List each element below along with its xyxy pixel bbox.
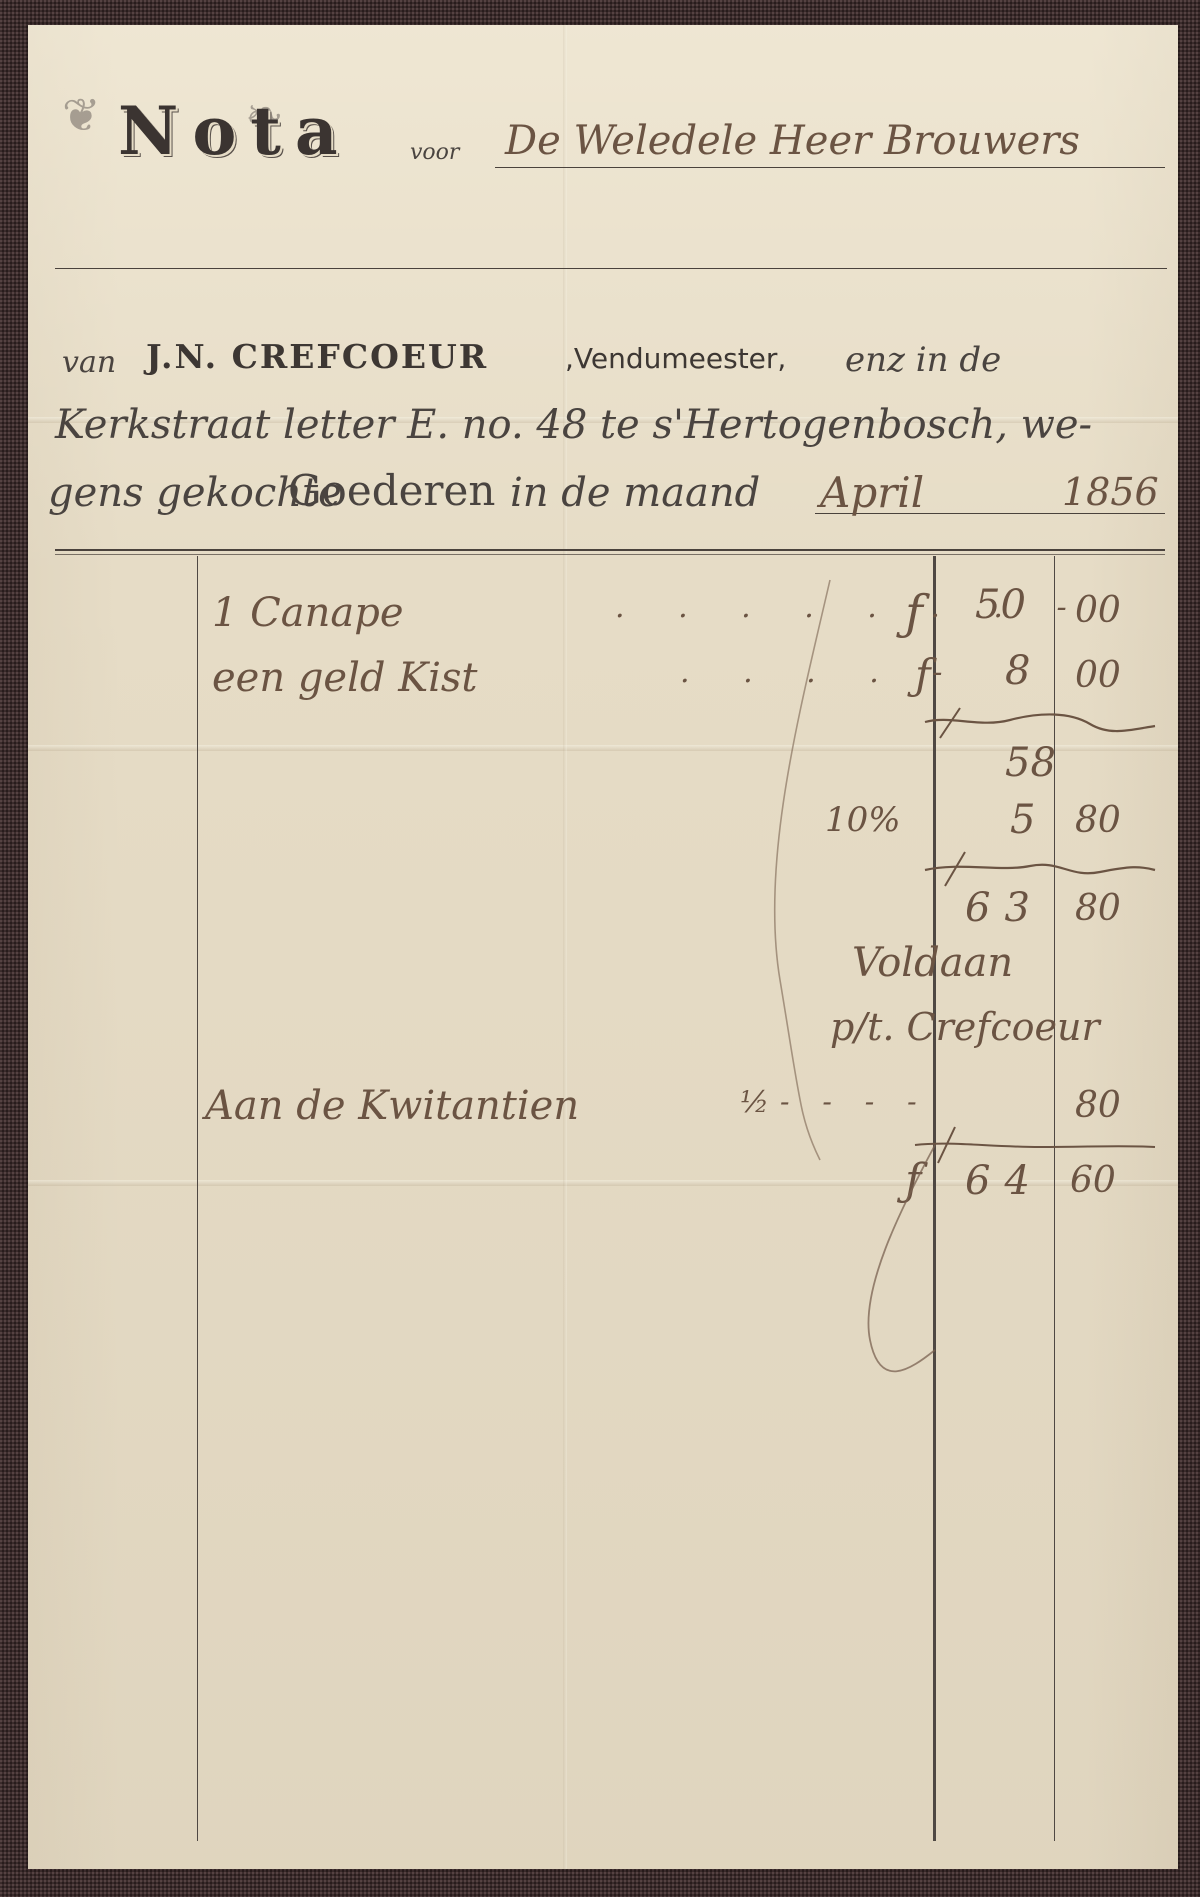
heading-nota: Nota — [118, 92, 352, 170]
extra-cents: 80 — [1075, 1085, 1121, 1126]
running-total-guilders: 63 — [965, 885, 1044, 931]
firm-title: ,Vendumeester, — [565, 342, 786, 375]
grand-total-cents: 60 — [1070, 1160, 1116, 1201]
item-description: 1 Canape — [212, 590, 404, 636]
fold-crease-vertical — [563, 25, 567, 1869]
flourish-left-icon: ❦ — [62, 88, 101, 142]
closing-flourish — [840, 1140, 950, 1380]
firm-name: J.N. CREFCOEUR — [146, 337, 488, 376]
commission-guilders: 5 — [1010, 797, 1035, 843]
paid-note: Voldaan — [852, 940, 1013, 986]
subtotal-guilders: 58 — [1005, 740, 1056, 786]
guilder-sign-icon: ƒ — [915, 650, 931, 699]
header-line1-tail: enz in de — [845, 340, 1001, 380]
extra-description: Aan de Kwitantien — [205, 1083, 579, 1129]
signature: p/t. Crefcoeur — [830, 1005, 1100, 1049]
year-value: 1856 — [1062, 470, 1159, 514]
grand-total-guilders: 64 — [965, 1158, 1044, 1204]
running-total-cents: 80 — [1075, 888, 1121, 929]
item-cents: 00 — [1075, 590, 1121, 631]
extra-leader: - - - - — [780, 1085, 929, 1118]
header-rule — [55, 268, 1167, 269]
extra-fraction: ½ — [740, 1085, 769, 1120]
table-top-rule-1 — [55, 549, 1165, 551]
sum-line-squiggle — [920, 848, 1160, 888]
recipient-underline — [495, 167, 1165, 168]
description-column-line — [197, 556, 198, 1841]
guilder-sign-icon: ƒ — [905, 585, 923, 641]
voor-label: voor — [410, 140, 459, 165]
table-top-rule-2 — [55, 554, 1165, 555]
commission-cents: 80 — [1075, 800, 1121, 841]
sum-line-squiggle — [920, 700, 1160, 740]
recipient-name: De Weledele Heer Brouwers — [505, 118, 1080, 164]
address-line: Kerkstraat letter E. no. 48 te s'Hertoge… — [55, 402, 1092, 448]
month-value: April — [820, 468, 924, 517]
item-description: een geld Kist — [212, 655, 478, 701]
item-guilders: 8 — [1005, 648, 1030, 694]
item-cents: 00 — [1075, 655, 1121, 696]
header-line3-goods: Goederen — [288, 466, 495, 515]
item-guilders: 50 — [975, 582, 1026, 628]
from-label: van — [62, 345, 116, 380]
header-line3-mid: in de maand — [510, 470, 760, 516]
